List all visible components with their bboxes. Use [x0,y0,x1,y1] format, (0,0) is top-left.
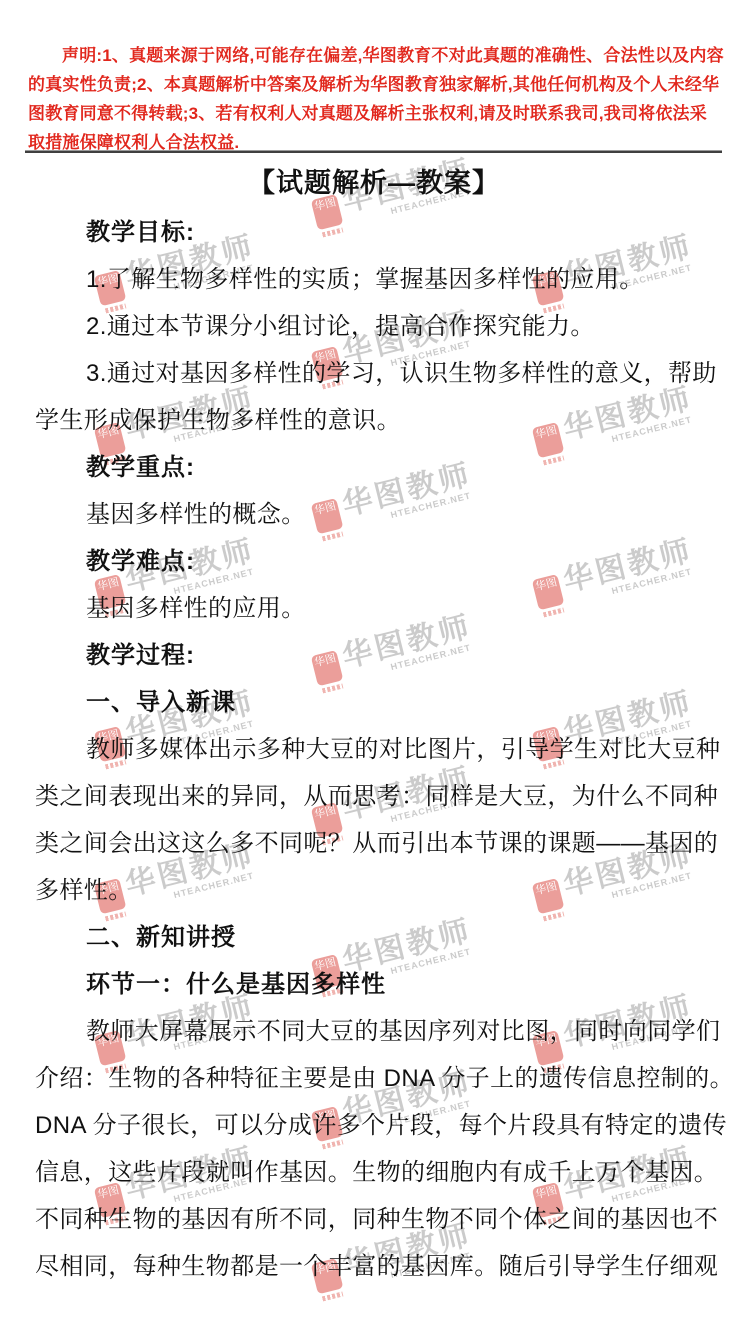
disclaimer-line: 声明:1、真题来源于网络,可能存在偏差,华图教育不对此真题的准确性、合法性以及内… [28,41,722,70]
doc-line: 学生形成保护生物多样性的意识。 [35,400,725,435]
doc-line: 基因多样性的概念。 [35,494,748,529]
doc-line: 二、新知讲授 [35,917,748,952]
document-page: 华图华图教师HTEACHER.NET华图华图教师HTEACHER.NET华图华图… [0,0,748,1335]
doc-line: 教学重点: [35,447,748,482]
doc-line: 环节一：什么是基因多样性 [35,964,748,999]
disclaimer-label: 声明: [62,46,102,65]
disclaimer: 声明:1、真题来源于网络,可能存在偏差,华图教育不对此真题的准确性、合法性以及内… [28,41,722,157]
document-content: 声明:1、真题来源于网络,可能存在偏差,华图教育不对此真题的准确性、合法性以及内… [0,0,748,1335]
doc-line: 教师多媒体出示多种大豆的对比图片，引导学生对比大豆种 [35,729,748,764]
doc-line: 类之间会出这这么多不同呢？从而引出本节课的课题——基因的 [35,823,725,858]
doc-line: 一、导入新课 [35,682,748,717]
doc-line: 教学目标: [35,212,748,247]
disclaimer-line: 图教育同意不得转载;3、若有权利人对真题及解析主张权利,请及时联系我司,我司将依… [28,99,722,128]
doc-line: 教学难点: [35,541,748,576]
separator-line [25,150,722,153]
disclaimer-line1-text: 1、真题来源于网络,可能存在偏差,华图教育不对此真题的准确性、合法性以及内容 [102,46,724,65]
doc-line: 基因多样性的应用。 [35,588,748,623]
doc-line: 多样性。 [35,870,725,905]
doc-title: 【试题解析—教案】 [0,161,748,200]
doc-line: 类之间表现出来的异同，从而思考：同样是大豆，为什么不同种 [35,776,725,811]
doc-line: 2.通过本节课分小组讨论，提高合作探究能力。 [35,306,748,341]
doc-line: 尽相同，每种生物都是一个丰富的基因库。随后引导学生仔细观 [35,1246,725,1281]
doc-line: 不同种生物的基因有所不同，同种生物不同个体之间的基因也不 [35,1199,725,1234]
doc-line: 介绍：生物的各种特征主要是由 DNA 分子上的遗传信息控制的。 [35,1058,725,1093]
doc-line: 信息，这些片段就叫作基因。生物的细胞内有成千上万个基因。 [35,1152,725,1187]
doc-line: 教学过程: [35,635,748,670]
disclaimer-line: 的真实性负责;2、本真题解析中答案及解析为华图教育独家解析,其他任何机构及个人未… [28,70,722,99]
doc-line: 教师大屏幕展示不同大豆的基因序列对比图，同时向同学们 [35,1011,748,1046]
doc-line: 1.了解生物多样性的实质；掌握基因多样性的应用。 [35,259,748,294]
doc-line: 3.通过对基因多样性的学习，认识生物多样性的意义，帮助 [35,353,748,388]
doc-line: DNA 分子很长，可以分成许多个片段，每个片段具有特定的遗传 [35,1105,725,1140]
